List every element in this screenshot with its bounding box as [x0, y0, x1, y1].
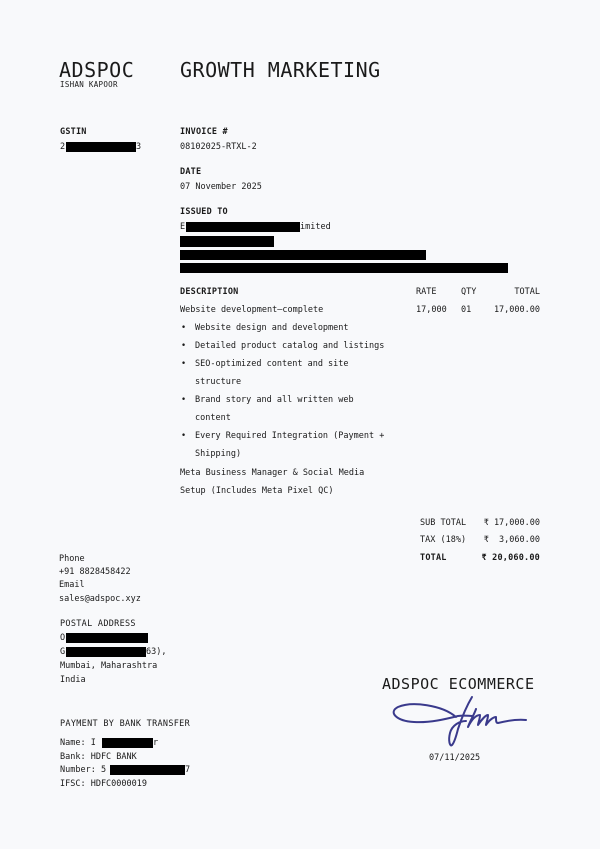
col-header-description: DESCRIPTION: [180, 287, 239, 297]
issued-to-redaction-1: [186, 222, 300, 232]
email-value: sales@adspoc.xyz: [59, 594, 141, 604]
postal-line3: Mumbai, Maharashtra: [60, 661, 157, 671]
col-header-rate: RATE: [416, 287, 436, 297]
issued-to-line1-suffix: imited: [300, 222, 331, 232]
invoice-number: 08102025-RTXL-2: [180, 142, 257, 152]
issued-to-redaction-4: [180, 263, 508, 273]
brand-subtitle: ISHAN KAPOOR: [60, 80, 118, 89]
subtotal-label: SUB TOTAL: [420, 518, 466, 528]
phone-label: Phone: [59, 554, 85, 564]
gstin-redaction: [66, 142, 136, 152]
issued-to-redaction-2: [180, 236, 274, 247]
payment-name-redaction: [102, 738, 153, 748]
total-value: ₹ 20,060.00: [482, 553, 541, 563]
payment-name-prefix: Name: I: [60, 738, 96, 748]
signature-image: [390, 695, 530, 750]
item-bullet-continuation: Shipping): [195, 449, 241, 459]
invoice-number-label: INVOICE #: [180, 127, 228, 137]
brand-name: ADSPOC: [59, 58, 134, 82]
col-header-qty: QTY: [461, 287, 476, 297]
postal-redaction-2: [66, 647, 146, 657]
item-total: 17,000.00: [494, 305, 540, 315]
tax-value: ₹ 3,060.00: [484, 535, 540, 545]
date-label: DATE: [180, 167, 201, 177]
signature-date: 07/11/2025: [429, 753, 480, 763]
payment-number-prefix: Number: 5: [60, 765, 106, 775]
item-bullet: Brand story and all written web: [195, 395, 354, 405]
item-qty: 01: [461, 305, 471, 315]
item-extra-line-1: Meta Business Manager & Social Media: [180, 468, 364, 478]
gstin-prefix: 2: [60, 142, 65, 152]
signature-company-name: ADSPOC ECOMMERCE: [382, 675, 535, 693]
item-bullet-continuation: content: [195, 413, 231, 423]
invoice-date: 07 November 2025: [180, 182, 262, 192]
phone-value: +91 8828458422: [59, 567, 131, 577]
postal-redaction-1: [66, 633, 148, 643]
gstin-label: GSTIN: [60, 127, 87, 137]
gstin-suffix: 3: [136, 142, 141, 152]
total-label: TOTAL: [420, 553, 447, 563]
item-bullet: Detailed product catalog and listings: [195, 341, 384, 351]
payment-bank: Bank: HDFC BANK: [60, 752, 137, 762]
payment-number-suffix: 7: [185, 765, 190, 775]
payment-ifsc: IFSC: HDFC0000019: [60, 779, 147, 789]
tax-label: TAX (18%): [420, 535, 466, 545]
postal-line2-suffix: 63),: [146, 647, 166, 657]
col-header-total: TOTAL: [514, 287, 540, 297]
item-rate: 17,000: [416, 305, 447, 315]
issued-to-line1-prefix: E: [180, 222, 185, 232]
payment-name-suffix: r: [153, 738, 158, 748]
item-bullet: Every Required Integration (Payment +: [195, 431, 384, 441]
payment-number-redaction: [110, 765, 185, 775]
postal-line2-prefix: G: [60, 647, 65, 657]
subtotal-value: ₹ 17,000.00: [484, 518, 540, 528]
postal-line1-prefix: O: [60, 633, 65, 643]
issued-to-redaction-3: [180, 250, 426, 260]
issued-to-label: ISSUED TO: [180, 207, 228, 217]
payment-label: PAYMENT BY BANK TRANSFER: [60, 719, 190, 729]
document-title: GROWTH MARKETING: [180, 58, 381, 82]
item-extra-line-2: Setup (Includes Meta Pixel QC): [180, 486, 334, 496]
email-label: Email: [59, 580, 85, 590]
postal-address-label: POSTAL ADDRESS: [60, 619, 136, 629]
item-bullet: SEO-optimized content and site: [195, 359, 349, 369]
item-bullet: Website design and development: [195, 323, 349, 333]
postal-line4: India: [60, 675, 86, 685]
item-bullet-continuation: structure: [195, 377, 241, 387]
item-description: Website development—complete: [180, 305, 323, 315]
